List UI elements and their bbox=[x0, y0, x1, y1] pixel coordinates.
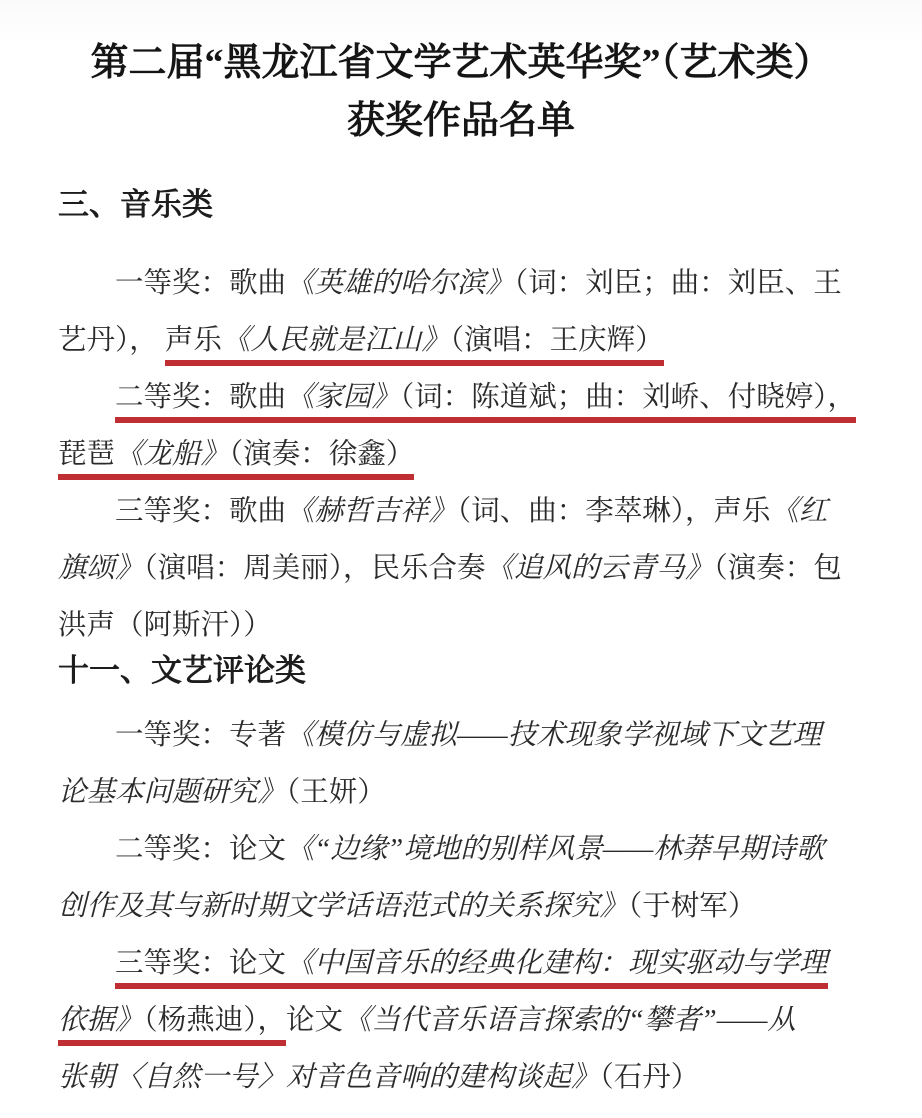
text-segment: 《红 bbox=[771, 496, 828, 527]
text-segment: （演唱：周美丽），民乐合奏 bbox=[144, 553, 486, 584]
underlined-text-segment: 《人民就是江山》 bbox=[222, 325, 450, 366]
text-segment: 《模仿与虚拟——技术现象学视域下文艺理 bbox=[286, 720, 821, 751]
text-segment: 张朝〈自然一号〉对音色音响的建构谈起》 bbox=[58, 1062, 600, 1093]
text-line: 一等奖：歌曲《英雄的哈尔滨》（词：刘臣；曲：刘臣、王 bbox=[58, 255, 864, 312]
text-segment: 旗颂》 bbox=[58, 553, 144, 584]
section-heading: 十一、文艺评论类 bbox=[58, 642, 864, 699]
text-segment: 洪声（阿斯汗）） bbox=[58, 610, 272, 641]
text-segment: 创作及其与新时期文学话语范式的关系探究》 bbox=[58, 891, 628, 922]
document-title-line2: 获奖作品名单 bbox=[58, 92, 864, 150]
text-segment: 三等奖：歌曲 bbox=[115, 496, 286, 527]
text-segment: （于树军） bbox=[628, 891, 756, 922]
text-line: 依据》（杨燕迪），论文《当代音乐语言探索的“攀者”——从 bbox=[58, 992, 864, 1049]
text-line: 张朝〈自然一号〉对音色音响的建构谈起》（石丹） bbox=[58, 1049, 864, 1106]
text-line: 二等奖：论文《“边缘”境地的别样风景——林莽早期诗歌 bbox=[58, 821, 864, 878]
document-title-line1: 第二届“黑龙江省文学艺术英华奖”（艺术类） bbox=[58, 34, 864, 92]
text-segment: 《英雄的哈尔滨》 bbox=[286, 268, 514, 299]
text-segment: 一等奖：歌曲 bbox=[115, 268, 286, 299]
underlined-text-segment: （词：陈道斌；曲：刘峤、付晓婷）， bbox=[400, 382, 856, 423]
section-heading: 三、音乐类 bbox=[58, 176, 864, 233]
text-segment: （演奏：包 bbox=[714, 553, 842, 584]
text-segment: 《追风的云青马》 bbox=[486, 553, 714, 584]
text-segment: 二等奖：论文 bbox=[115, 834, 286, 865]
underlined-text-segment: 《龙船》 bbox=[115, 439, 229, 480]
document-page: 第二届“黑龙江省文学艺术英华奖”（艺术类） 获奖作品名单 三、音乐类一等奖：歌曲… bbox=[0, 0, 922, 1118]
text-segment: 《当代音乐语言探索的“攀者”——从 bbox=[343, 1005, 796, 1036]
text-segment: （词、曲：李萃琳），声乐 bbox=[457, 496, 771, 527]
underlined-text-segment: 二等奖：歌曲 bbox=[115, 382, 286, 423]
text-segment: 论基本问题研究》 bbox=[58, 777, 286, 808]
underlined-text-segment: 依据》 bbox=[58, 1005, 144, 1046]
underlined-text-segment: 三等奖：论文 bbox=[115, 948, 286, 989]
underlined-text-segment: （演唱：王庆辉） bbox=[450, 325, 664, 366]
text-segment: 一等奖：专著 bbox=[115, 720, 286, 751]
text-line: 三等奖：歌曲《赫哲吉祥》（词、曲：李萃琳），声乐《红 bbox=[58, 483, 864, 540]
underlined-text-segment: 声乐 bbox=[165, 325, 222, 366]
text-line: 创作及其与新时期文学话语范式的关系探究》（于树军） bbox=[58, 878, 864, 935]
document-body: 三、音乐类一等奖：歌曲《英雄的哈尔滨》（词：刘臣；曲：刘臣、王艺丹）， 声乐《人… bbox=[58, 176, 864, 1106]
text-segment: （词：刘臣；曲：刘臣、王 bbox=[514, 268, 842, 299]
text-segment: 论文 bbox=[286, 1005, 343, 1036]
text-segment: 《“边缘”境地的别样风景——林莽早期诗歌 bbox=[286, 834, 824, 865]
text-segment: 《赫哲吉祥》 bbox=[286, 496, 457, 527]
underlined-text-segment: 《家园》 bbox=[286, 382, 400, 423]
text-line: 旗颂》（演唱：周美丽），民乐合奏《追风的云青马》（演奏：包 bbox=[58, 540, 864, 597]
underlined-text-segment: 《中国音乐的经典化建构：现实驱动与学理 bbox=[286, 948, 828, 989]
text-line: 一等奖：专著《模仿与虚拟——技术现象学视域下文艺理 bbox=[58, 707, 864, 764]
text-line: 二等奖：歌曲《家园》（词：陈道斌；曲：刘峤、付晓婷）， bbox=[58, 369, 864, 426]
text-segment: （石丹） bbox=[600, 1062, 700, 1093]
text-line: 三等奖：论文《中国音乐的经典化建构：现实驱动与学理 bbox=[58, 935, 864, 992]
text-line: 琵琶《龙船》（演奏：徐鑫） bbox=[58, 426, 864, 483]
underlined-text-segment: （演奏：徐鑫） bbox=[229, 439, 414, 480]
underlined-text-segment: （杨燕迪）， bbox=[144, 1005, 287, 1046]
text-line: 论基本问题研究》（王妍） bbox=[58, 764, 864, 821]
text-segment: （王妍） bbox=[286, 777, 386, 808]
underlined-text-segment: 琵琶 bbox=[58, 439, 115, 480]
text-segment: 艺丹）， bbox=[58, 325, 165, 356]
text-line: 艺丹）， 声乐《人民就是江山》（演唱：王庆辉） bbox=[58, 312, 864, 369]
